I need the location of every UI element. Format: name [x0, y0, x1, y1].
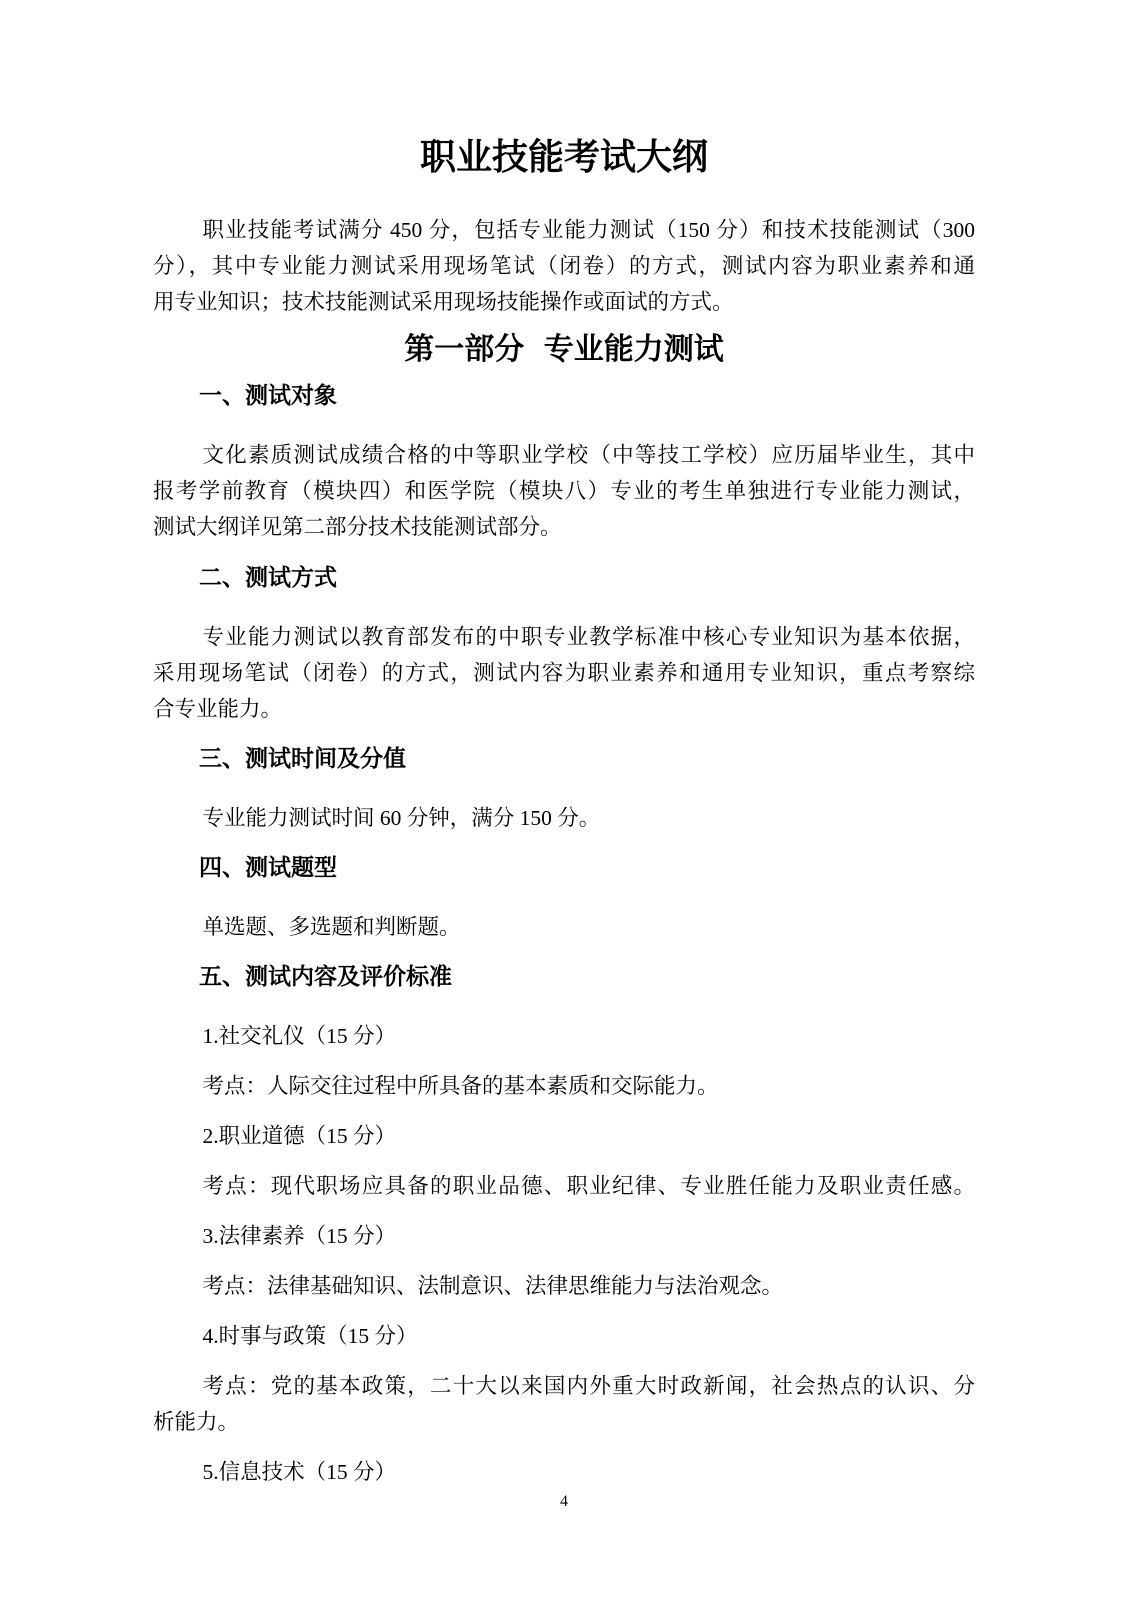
paragraph-line: 用专业知识；技术技能测试采用现场技能操作或面试的方式。 [153, 284, 975, 320]
paragraph-line: 考点：党的基本政策，二十大以来国内外重大时政新闻，社会热点的认识、分 [153, 1368, 975, 1404]
page-title: 职业技能考试大纲 [153, 134, 975, 180]
part1-heading: 第一部分 专业能力测试 [153, 329, 975, 371]
section4-text: 单选题、多选题和判断题。 [153, 909, 975, 945]
section2-paragraph: 专业能力测试以教育部发布的中职专业教学标准中核心专业知识为基本依据， 采用现场笔… [153, 619, 975, 727]
document-content: 职业技能考试大纲 职业技能考试满分 450 分，包括专业能力测试（150 分）和… [153, 0, 975, 1490]
item2-title: 2.职业道德（15 分） [153, 1118, 975, 1154]
section5-heading: 五、测试内容及评价标准 [153, 959, 975, 995]
paragraph-line: 测试大纲详见第二部分技术技能测试部分。 [153, 509, 975, 545]
section4-heading: 四、测试题型 [153, 850, 975, 886]
section1-paragraph: 文化素质测试成绩合格的中等职业学校（中等技工学校）应历届毕业生，其中 报考学前教… [153, 437, 975, 545]
paragraph-line: 职业技能考试满分 450 分，包括专业能力测试（150 分）和技术技能测试（30… [153, 212, 975, 248]
intro-paragraph: 职业技能考试满分 450 分，包括专业能力测试（150 分）和技术技能测试（30… [153, 212, 975, 320]
item3-point: 考点：法律基础知识、法制意识、法律思维能力与法治观念。 [153, 1268, 975, 1304]
page-number: 4 [153, 1492, 975, 1512]
item1-point: 考点：人际交往过程中所具备的基本素质和交际能力。 [153, 1068, 975, 1104]
paragraph-line: 报考学前教育（模块四）和医学院（模块八）专业的考生单独进行专业能力测试， [153, 473, 975, 509]
item3-title: 3.法律素养（15 分） [153, 1218, 975, 1254]
section1-heading: 一、测试对象 [153, 378, 975, 414]
paragraph-line: 析能力。 [153, 1404, 975, 1440]
paragraph-line: 专业能力测试以教育部发布的中职专业教学标准中核心专业知识为基本依据， [153, 619, 975, 655]
item4-point: 考点：党的基本政策，二十大以来国内外重大时政新闻，社会热点的认识、分 析能力。 [153, 1368, 975, 1440]
paragraph-line: 合专业能力。 [153, 691, 975, 727]
section2-heading: 二、测试方式 [153, 560, 975, 596]
paragraph-line: 采用现场笔试（闭卷）的方式，测试内容为职业素养和通用专业知识，重点考察综 [153, 655, 975, 691]
section3-text: 专业能力测试时间 60 分钟，满分 150 分。 [153, 800, 975, 836]
item5-title: 5.信息技术（15 分） [153, 1454, 975, 1490]
document-page: 职业技能考试大纲 职业技能考试满分 450 分，包括专业能力测试（150 分）和… [0, 0, 1131, 1600]
paragraph-line: 文化素质测试成绩合格的中等职业学校（中等技工学校）应历届毕业生，其中 [153, 437, 975, 473]
item1-title: 1.社交礼仪（15 分） [153, 1018, 975, 1054]
item2-point: 考点：现代职场应具备的职业品德、职业纪律、专业胜任能力及职业责任感。 [153, 1168, 975, 1204]
paragraph-line: 分），其中专业能力测试采用现场笔试（闭卷）的方式，测试内容为职业素养和通 [153, 248, 975, 284]
item4-title: 4.时事与政策（15 分） [153, 1318, 975, 1354]
section3-heading: 三、测试时间及分值 [153, 741, 975, 777]
